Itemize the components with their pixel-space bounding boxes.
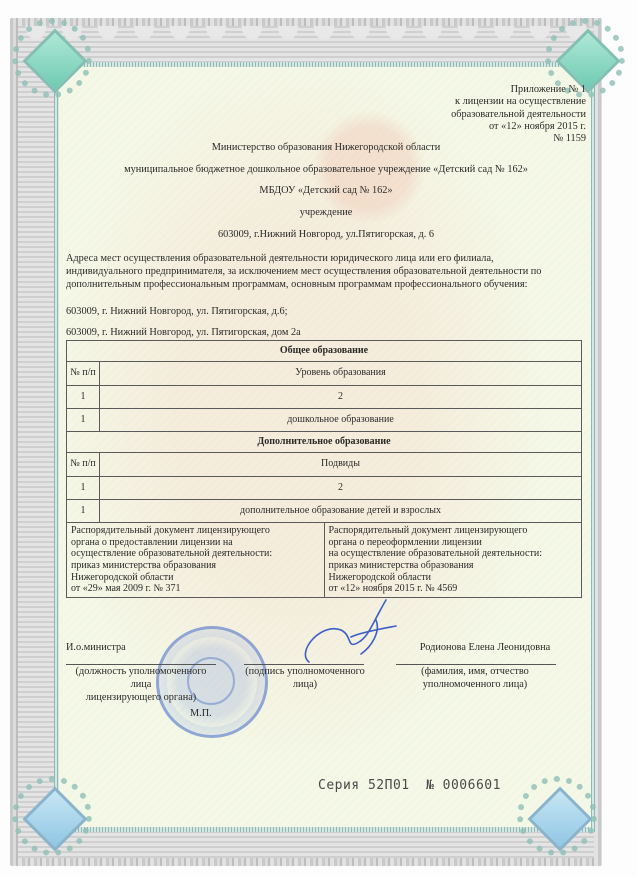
orders-row: Распорядительный документ лицензирующего… <box>67 523 582 598</box>
address-item: 603009, г. Нижний Новгород, ул. Пятигорс… <box>66 306 566 319</box>
signatory-name: Родионова Елена Леонидовна <box>390 642 580 655</box>
row-value: дополнительное образование детей и взрос… <box>100 500 582 523</box>
caption-line: уполномоченного лица) <box>390 679 560 692</box>
row-num: 1 <box>67 477 100 500</box>
form-number: № 0006601 <box>426 778 501 794</box>
order-line: Распорядительный документ лицензирующего <box>329 525 578 537</box>
appendix-reference: Приложение № 1 к лицензии на осуществлен… <box>451 84 586 146</box>
table-header-row: № п/п Уровень образования <box>67 362 582 386</box>
corner-ornament-icon <box>12 776 92 856</box>
row-value: дошкольное образование <box>100 409 582 432</box>
corner-ornament-icon <box>12 18 92 98</box>
order-line: осуществление образовательной деятельнос… <box>71 548 320 560</box>
caption-line: лицензирующего органа) <box>66 692 216 705</box>
order-line: приказ министерства образования <box>71 560 320 572</box>
table-row: 1 дошкольное образование <box>67 409 582 432</box>
position-rule <box>66 664 216 665</box>
address-item: 603009, г. Нижний Новгород, ул. Пятигорс… <box>66 327 566 340</box>
table-header-row: № п/п Подвиды <box>67 453 582 477</box>
signature-rule <box>244 664 364 665</box>
section-header: Дополнительное образование <box>67 432 582 453</box>
section-header: Общее образование <box>67 341 582 362</box>
col-level-header: Уровень образования <box>100 362 582 386</box>
appendix-title: Приложение № 1 <box>451 84 586 96</box>
col-num-header: № п/п <box>67 453 100 477</box>
order-line: органа о предоставлении лицензии на <box>71 537 320 549</box>
education-table: Общее образование № п/п Уровень образова… <box>66 340 582 598</box>
organization-full-name: муниципальное бюджетное дошкольное образ… <box>66 164 586 177</box>
general-education-title: Общее образование <box>67 341 582 362</box>
table-row: 1 2 <box>67 477 582 500</box>
order-line: Нижегородской области <box>71 572 320 584</box>
order-line: Распорядительный документ лицензирующего <box>71 525 320 537</box>
organization-type: учреждение <box>66 207 586 220</box>
col-subtype-header: Подвиды <box>100 453 582 477</box>
row-value: 2 <box>100 386 582 409</box>
order-line: органа о переоформлении лицензии <box>329 537 578 549</box>
organization-address: 603009, г.Нижний Новгород, ул.Пятигорска… <box>66 229 586 242</box>
official-position: И.о.министра <box>66 642 126 655</box>
stamp-place: М.П. <box>190 708 212 721</box>
row-num: 1 <box>67 500 100 523</box>
organization-short-name: МБДОУ «Детский сад № 162» <box>66 185 586 198</box>
col-num-header: № п/п <box>67 362 100 386</box>
appendix-line: образовательной деятельности <box>451 109 586 121</box>
caption-line: (фамилия, имя, отчество <box>390 666 560 679</box>
corner-ornament-icon <box>517 776 597 856</box>
reissue-order: Распорядительный документ лицензирующего… <box>324 523 581 597</box>
position-caption: (должность уполномоченного лица лицензир… <box>66 666 216 705</box>
signature-caption: (подпись уполномоченного лица) <box>240 666 370 692</box>
row-num: 1 <box>67 409 100 432</box>
row-num: 1 <box>67 386 100 409</box>
table-row: 1 дополнительное образование детей и взр… <box>67 500 582 523</box>
order-line: приказ министерства образования <box>329 560 578 572</box>
order-date: от «29» мая 2009 г. № 371 <box>71 583 320 595</box>
issuing-authority: Министерство образования Нижегородской о… <box>66 142 586 155</box>
addresses-intro: Адреса мест осуществления образовательно… <box>66 253 566 292</box>
additional-education-title: Дополнительное образование <box>67 432 582 453</box>
order-line: Нижегородской области <box>329 572 578 584</box>
name-caption: (фамилия, имя, отчество уполномоченного … <box>390 666 560 692</box>
form-series: Серия 52П01 <box>318 778 410 794</box>
appendix-date: от «12» ноября 2015 г. <box>451 121 586 133</box>
grant-order: Распорядительный документ лицензирующего… <box>67 523 324 597</box>
caption-line: лица) <box>240 679 370 692</box>
row-value: 2 <box>100 477 582 500</box>
caption-line: (подпись уполномоченного <box>240 666 370 679</box>
signature-block: И.о.министра (должность уполномоченного … <box>66 642 586 752</box>
appendix-line: к лицензии на осуществление <box>451 96 586 108</box>
name-rule <box>396 664 556 665</box>
table-row: 1 2 <box>67 386 582 409</box>
caption-line: (должность уполномоченного лица <box>66 666 216 692</box>
order-line: на осуществление образовательной деятель… <box>329 548 578 560</box>
